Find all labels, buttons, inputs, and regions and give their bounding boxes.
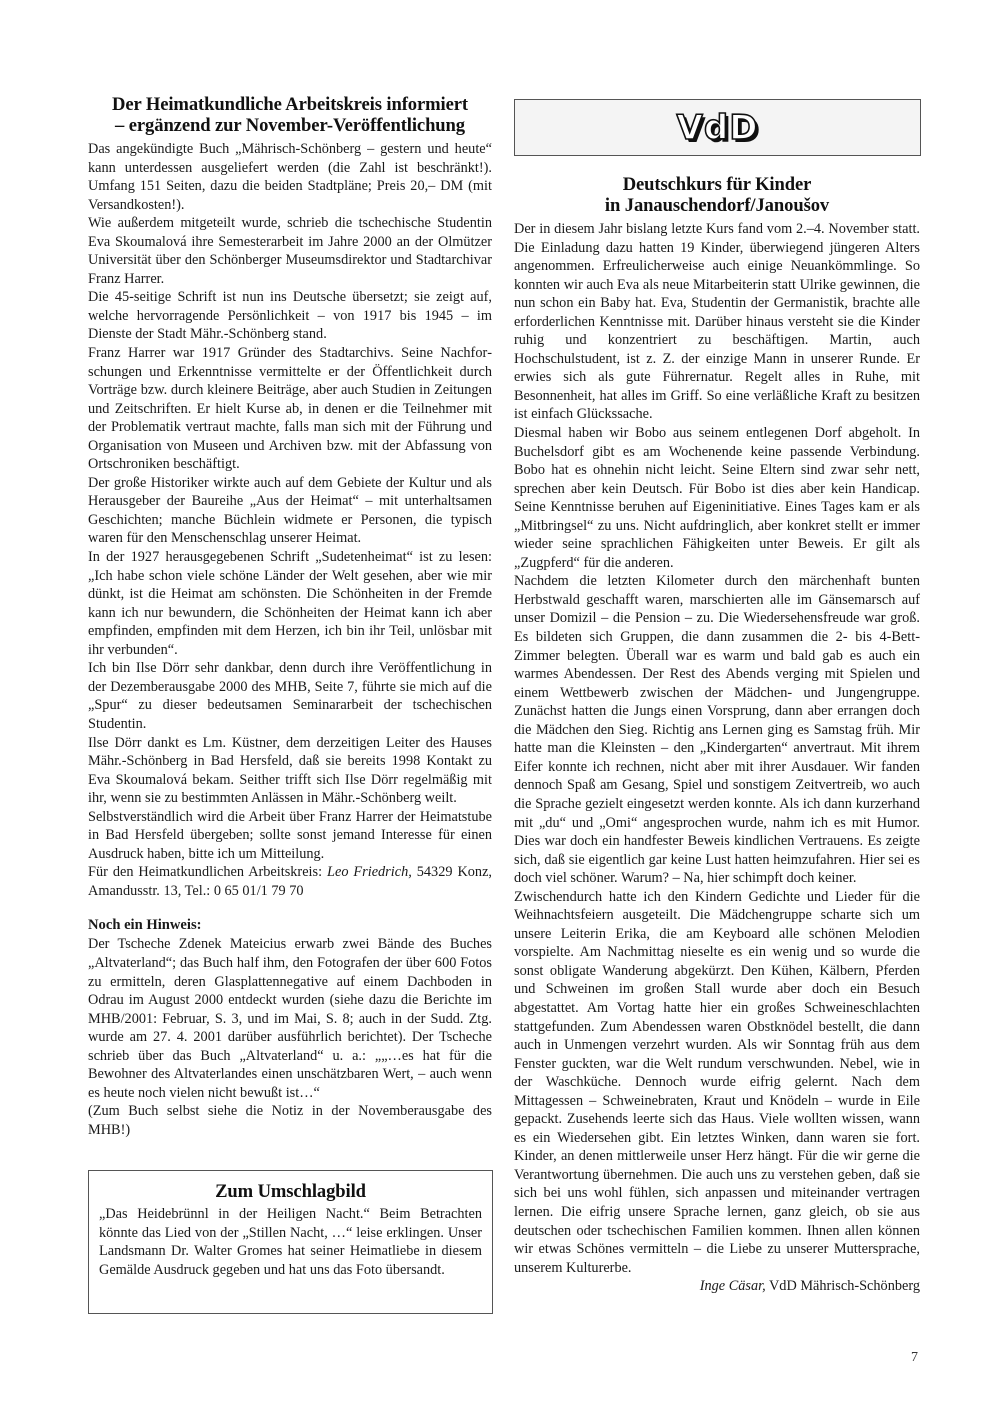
paragraph: Die 45-seitige Schrift ist nun ins Deuts…: [88, 288, 492, 344]
paragraph: In der 1927 herausgegebenen Schrift „Sud…: [88, 548, 492, 659]
vdd-logo-letter: d: [704, 108, 729, 148]
article-title-line-2: in Janauschendorf/Janoušov: [605, 195, 829, 216]
vdd-logo-letter: D: [729, 108, 758, 148]
paragraph: Diesmal haben wir Bobo aus seinem entleg…: [514, 424, 920, 572]
left-column: Der Heimatkundliche Arbeitskreis informi…: [88, 94, 492, 1139]
paragraph: Selbstverständlich wird die Arbeit über …: [88, 808, 492, 864]
article-title: Deutschkurs für Kinder in Janauschendorf…: [514, 174, 920, 216]
paragraph: Der große Historiker wirkte auch auf dem…: [88, 474, 492, 548]
contact-line: Für den Heimatkundlichen Arbeitskreis: L…: [88, 863, 492, 900]
paragraph: (Zum Buch selbst siehe die Notiz in der …: [88, 1102, 492, 1139]
paragraph: Wie außerdem mitgeteilt wurde, schrieb d…: [88, 214, 492, 288]
contact-name: Leo Friedrich,: [327, 864, 412, 880]
signature: Inge Cäsar, VdD Mährisch-Schönberg: [514, 1277, 920, 1296]
page-number: 7: [911, 1350, 918, 1366]
article-title-line-2: – ergänzend zur November-Veröffentlichun…: [115, 115, 465, 136]
vdd-logo: VdD: [677, 108, 759, 148]
article-title: Der Heimatkundliche Arbeitskreis informi…: [88, 94, 492, 136]
paragraph: Franz Harrer war 1917 Gründer des Stadta…: [88, 344, 492, 474]
vdd-banner: VdD: [514, 99, 921, 156]
paragraph: Nachdem die letzten Kilometer durch den …: [514, 572, 920, 887]
paragraph: Das angekündigte Buch „Mährisch-Schönber…: [88, 140, 492, 214]
signature-name: Inge Cäsar,: [700, 1278, 766, 1294]
vdd-logo-letter: V: [677, 108, 704, 148]
umschlagbild-box: Zum Umschlagbild „Das Heidebrünnl in der…: [88, 1170, 493, 1314]
paragraph: Ich bin Ilse Dörr sehr dankbar, denn dur…: [88, 659, 492, 733]
contact-prefix: Für den Heimatkundlichen Arbeitskreis:: [88, 864, 327, 880]
umschlagbild-text: „Das Heidebrünnl in der Heiligen Nacht.“…: [99, 1205, 482, 1279]
paragraph: Zwischendurch hatte ich den Kindern Gedi…: [514, 888, 920, 1277]
right-column: Deutschkurs für Kinder in Janauschendorf…: [514, 174, 920, 1296]
article-title-line-1: Deutschkurs für Kinder: [623, 174, 812, 195]
paragraph: Der in diesem Jahr bislang letzte Kurs f…: [514, 220, 920, 424]
article-title-line-1: Der Heimatkundliche Arbeitskreis informi…: [112, 94, 468, 115]
paragraph: Ilse Dörr dankt es Lm. Küstner, dem derz…: [88, 734, 492, 808]
paragraph: Der Tscheche Zdenek Mateicius erwarb zwe…: [88, 935, 492, 1102]
hinweis-heading: Noch ein Hinweis:: [88, 916, 492, 935]
signature-org: VdD Mährisch-Schönberg: [766, 1278, 920, 1294]
umschlagbild-title: Zum Umschlagbild: [99, 1181, 482, 1203]
